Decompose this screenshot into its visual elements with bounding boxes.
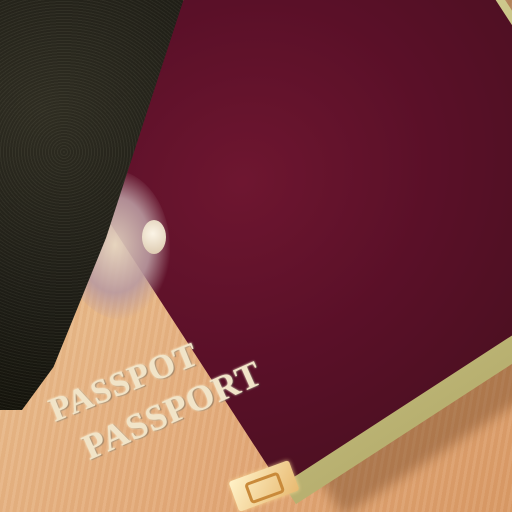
emblem-crown-icon bbox=[142, 220, 166, 254]
